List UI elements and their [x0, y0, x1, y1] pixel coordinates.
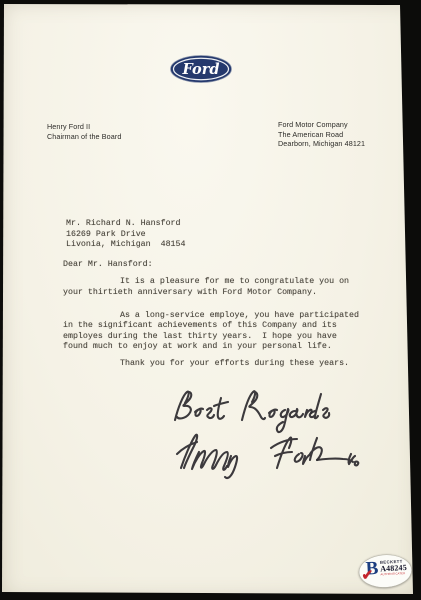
handwritten-signature: Best Regards Henry Ford II — [165, 388, 360, 483]
letterhead-sender: Henry Ford II Chairman of the Board — [47, 122, 121, 141]
paragraph-3: Thank you for your efforts during these … — [63, 359, 363, 370]
body-line: found much to enjoy at work and in your … — [63, 342, 363, 353]
beckett-authentication-sticker: B ✔ BECKETT A48245 AUTHENTICATED — [358, 556, 410, 588]
letter-body: Mr. Richard N. Hansford 16269 Park Drive… — [63, 219, 363, 370]
recipient-address: Mr. Richard N. Hansford 16269 Park Drive… — [63, 219, 363, 251]
paragraph-2: As a long-service employe, you have part… — [63, 311, 363, 353]
photo-background: { "photo": { "background_color": "#0c0c0… — [0, 0, 421, 600]
check-icon: ✔ — [361, 568, 373, 583]
sticker-text: BECKETT A48245 AUTHENTICATED — [380, 558, 410, 576]
recipient-street: 16269 Park Drive — [66, 230, 363, 241]
company-street: The American Road — [278, 130, 365, 140]
ford-logo: Ford — [170, 55, 232, 83]
paragraph-1: It is a pleasure for me to congratulate … — [63, 277, 363, 298]
recipient-name: Mr. Richard N. Hansford — [66, 219, 363, 230]
signature-name: Henry Ford II — [177, 435, 358, 478]
body-line: It is a pleasure for me to congratulate … — [63, 277, 363, 288]
letter-paper: Ford Henry Ford II Chairman of the Board… — [0, 0, 421, 600]
letterhead-company-address: Ford Motor Company The American Road Dea… — [278, 120, 365, 149]
salutation: Dear Mr. Hansford: — [63, 260, 363, 271]
body-line: Thank you for your efforts during these … — [63, 359, 363, 370]
body-line: As a long-service employe, you have part… — [63, 311, 363, 322]
body-line: your thirtieth anniversary with Ford Mot… — [63, 288, 363, 299]
recipient-city: Livonia, Michigan 48154 — [66, 240, 363, 251]
body-line: in the significant achievements of this … — [63, 321, 363, 332]
signature-closing: Best Regards — [175, 391, 329, 432]
sticker-oval: B ✔ BECKETT A48245 AUTHENTICATED — [358, 553, 413, 589]
sender-title: Chairman of the Board — [47, 132, 121, 142]
body-line: employes during the last thirty years. I… — [63, 332, 363, 343]
company-city: Dearborn, Michigan 48121 — [278, 139, 365, 149]
sender-name: Henry Ford II — [47, 122, 121, 132]
authenticated-label: AUTHENTICATED — [380, 572, 409, 577]
ford-logo-script: Ford — [182, 61, 220, 78]
company-name: Ford Motor Company — [278, 120, 365, 130]
